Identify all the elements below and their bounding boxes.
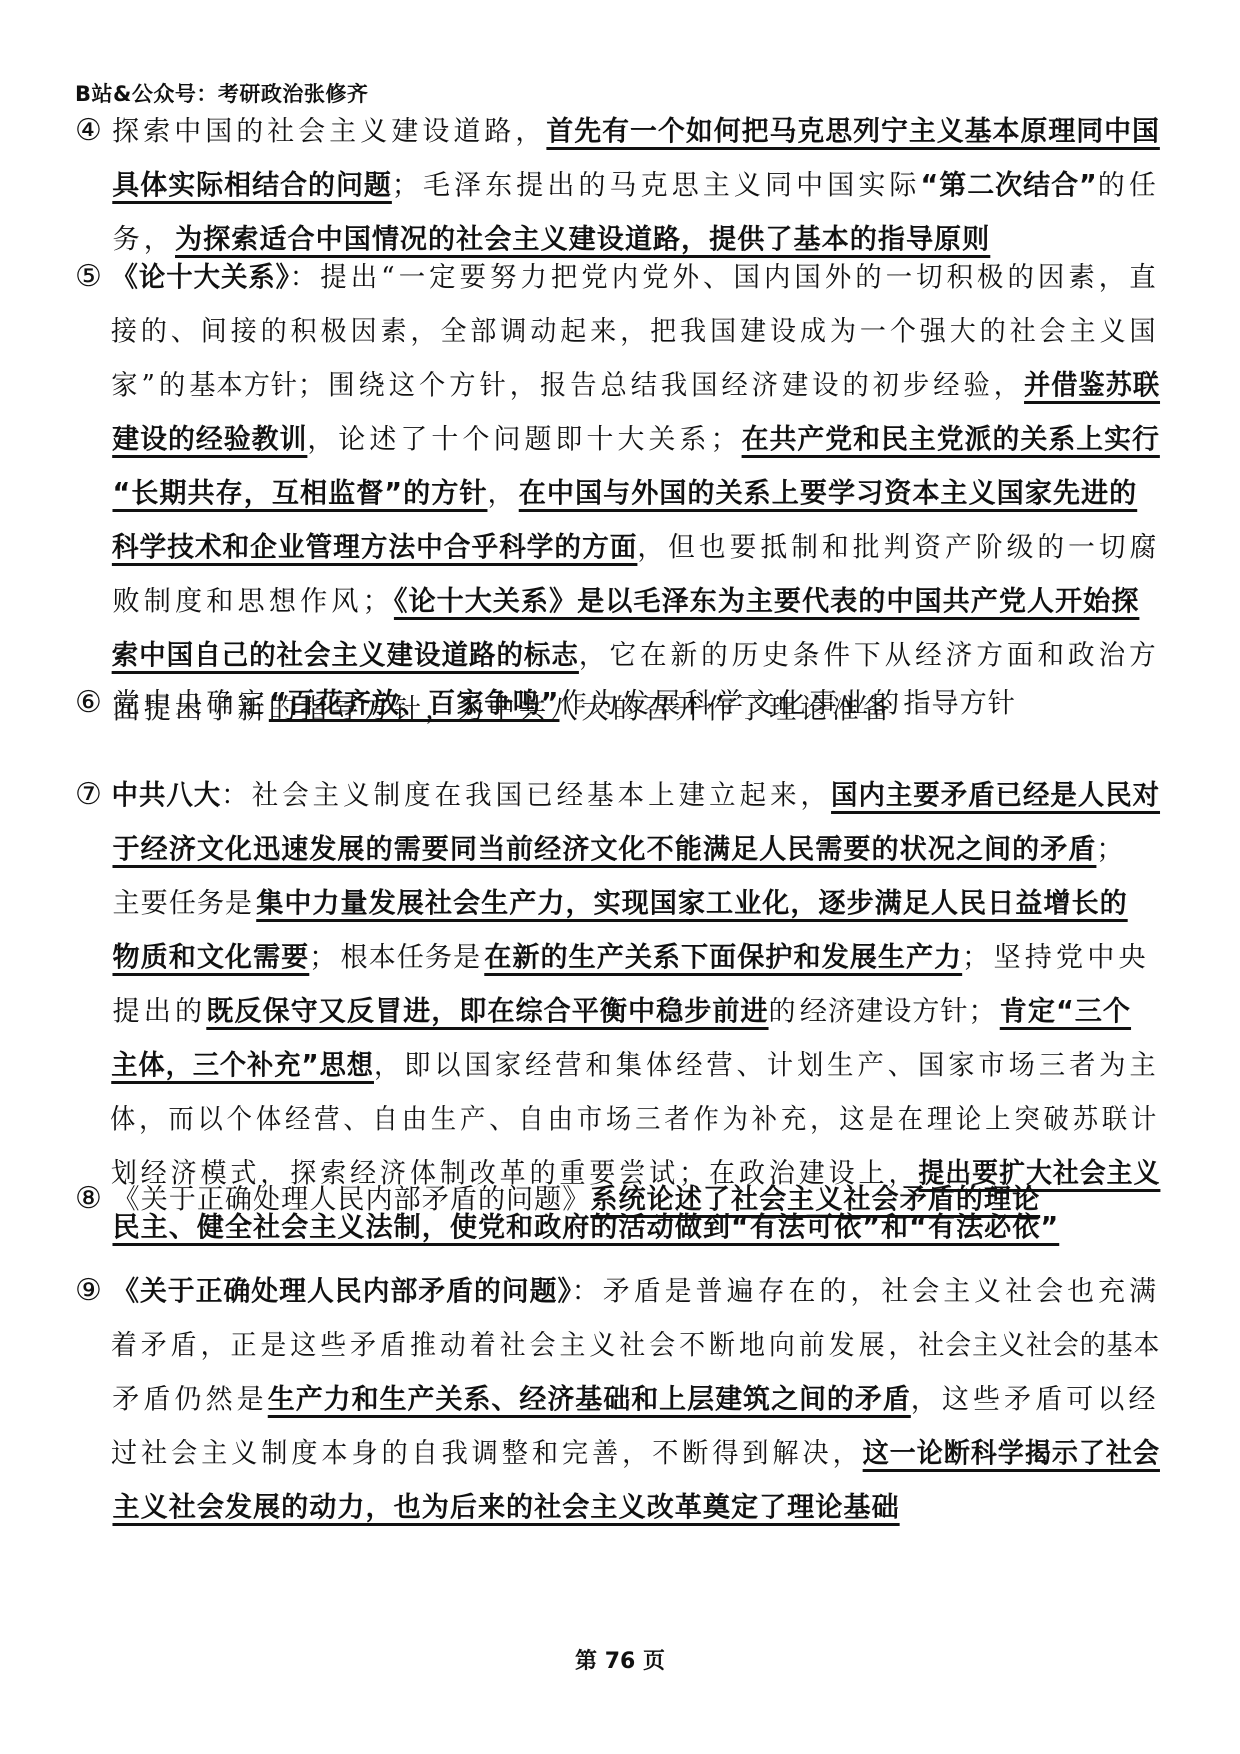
body-text: 指导方针: [903, 687, 1015, 719]
key-point-underlined: 建设的经验教训: [112, 423, 307, 455]
text-line: 具体实际相结合的问题；毛泽东提出的马克思主义同中国实际“第二次结合”的任: [75, 158, 1154, 212]
text-line: 矛盾仍然是生产力和生产关系、经济基础和上层建筑之间的矛盾，这些矛盾可以经: [75, 1372, 1154, 1426]
body-text: 体，而以个体经营、自由生产、自由市场三者作为补充，这是在理论上突破苏联计: [110, 1103, 1160, 1135]
body-text: 的任: [1098, 169, 1160, 201]
body-text: ，这些矛盾可以经: [911, 1383, 1160, 1415]
body-text: 过社会主义制度本身的自我调整和完善，不断得到解决，: [111, 1437, 863, 1469]
key-point-underlined: “百花齐放、百家争鸣”: [269, 687, 560, 719]
key-point-underlined: 并借鉴苏联: [1024, 369, 1160, 401]
list-item: ⑧《关于正确处理人民内部矛盾的问题》系统论述了社会主义社会矛盾的理论: [75, 1172, 1175, 1226]
text-line: 败制度和思想作风；《论十大关系》是以毛泽东为主要代表的中国共产党人开始探: [75, 574, 1160, 628]
body-text: ，论述了十个问题即十大关系；: [307, 423, 741, 455]
key-point-underlined: 首先有一个如何把马克思列宁主义基本原理同中国: [546, 115, 1159, 147]
body-text: 经济建设方针: [800, 995, 969, 1027]
body-text: ：社会主义制度在我国已经基本上建立起来，: [221, 779, 831, 811]
body-text: ，即以国家经营和集体经营、计划生产、国家市场三者为主: [374, 1049, 1160, 1081]
list-item: ⑥党中央确定“百花齐放、百家争鸣”作为发展科学文化事业的指导方针: [75, 676, 1175, 730]
text-line: 党中央确定“百花齐放、百家争鸣”作为发展科学文化事业的指导方针: [75, 676, 1160, 730]
text-line: 主要任务是集中力量发展社会生产力，实现国家工业化，逐步满足人民日益增长的: [75, 876, 1160, 930]
body-text: ，但也要抵制和批判资产阶级的一切腐: [637, 531, 1160, 563]
body-text: ；毛泽东提出的马克思主义同中国实际: [392, 169, 921, 201]
key-point-underlined: 索中国自己的社会主义建设道路的标志: [112, 639, 579, 671]
text-line: 接的、间接的积极因素，全部调动起来，把我国建设成为一个强大的社会主义国: [75, 304, 1115, 358]
text-line: 着矛盾，正是这些矛盾推动着社会主义社会不断地向前发展，社会主义社会的基本: [75, 1318, 1113, 1372]
key-point-underlined: 集中力量发展社会生产力，实现国家工业化，逐步满足人民日益增长的: [256, 887, 1127, 919]
page-number: 第 76 页: [0, 1644, 1240, 1675]
list-item: ⑤《论十大关系》：提出“一定要努力把党内党外、国内国外的一切积极的因素，直接的、…: [75, 250, 1175, 736]
body-text: 着矛盾，正是这些矛盾推动着社会主义社会不断地向前发展，: [111, 1329, 919, 1361]
text-line: 《论十大关系》：提出“一定要努力把党内党外、国内国外的一切积极的因素，直: [75, 250, 1131, 304]
body-text: 是: [225, 887, 256, 919]
key-point-underlined: 在共产党和民主党派的关系上实行: [742, 423, 1160, 455]
body-text: ；: [968, 995, 999, 1027]
text-line: 体，而以个体经营、自由生产、自由市场三者作为补充，这是在理论上突破苏联计: [75, 1092, 1087, 1146]
text-line: 科学技术和企业管理方法中合乎科学的方面，但也要抵制和批判资产阶级的一切腐: [75, 520, 1143, 574]
key-point-underlined: 主体，三个补充”思想: [111, 1049, 374, 1081]
text-line: 提出的既反保守又反冒进，即在综合平衡中稳步前进的经济建设方针；肯定“三个: [75, 984, 1160, 1038]
key-point-underlined: 生产力和生产关系、经济基础和上层建筑之间的矛盾: [268, 1383, 911, 1415]
body-text: ：提出“一定要努力把党内党外、国内国外的一切积极的因素，直: [290, 261, 1160, 293]
body-text: ：矛盾是普遍存在的，社会主义社会也充满: [572, 1275, 1160, 1307]
text-line: 主义社会发展的动力，也为后来的社会主义改革奠定了理论基础: [75, 1480, 1160, 1534]
key-point-underlined: 于经济文化迅速发展的需要同当前经济文化不能满足人民需要的状况之间的矛盾: [112, 833, 1096, 865]
bold-text: 《关于正确处理人民内部矛盾的问题》: [112, 1275, 572, 1307]
body-text: 败制度和思想作风；: [112, 585, 393, 617]
body-text: ；: [1096, 833, 1127, 865]
body-text: ，: [487, 477, 518, 509]
text-line: 建设的经验教训，论述了十个问题即十大关系；在共产党和民主党派的关系上实行: [75, 412, 1151, 466]
body-text: 是: [453, 941, 484, 973]
text-line: 中共八大：社会主义制度在我国已经基本上建立起来，国内主要矛盾已经是人民对: [75, 768, 1133, 822]
text-line: 探索中国的社会主义建设道路，首先有一个如何把马克思列宁主义基本原理同中国: [75, 104, 1151, 158]
text-line: 家”的基本方针；围绕这个方针，报告总结我国经济建设的初步经验，并借鉴苏联: [75, 358, 1125, 412]
body-text: 社会主义社会的基本: [918, 1329, 1160, 1361]
text-line: 于经济文化迅速发展的需要同当前经济文化不能满足人民需要的状况之间的矛盾；: [75, 822, 1160, 876]
body-text: ；围绕这个方针，报告总结我国经济建设的初步经验，: [298, 369, 1024, 401]
key-point-underlined: 系统论述了社会主义社会矛盾的理论: [590, 1183, 1040, 1215]
text-line: “长期共存，互相监督”的方针，在中国与外国的关系上要学习资本主义国家先进的: [75, 466, 1160, 520]
body-text: 基本方针: [189, 369, 298, 401]
key-point-underlined: 肯定“三个: [1000, 995, 1131, 1027]
bold-text: 《论十大关系》: [111, 261, 289, 293]
key-point-underlined: “长期共存，互相监督”的方针: [112, 477, 487, 509]
body-text: ，它在新的历史条件下从经济方面和政治方: [579, 639, 1160, 671]
body-text: 家”的: [111, 369, 189, 401]
text-line: 物质和文化需要；根本任务是在新的生产关系下面保护和发展生产力；坚持党中央: [75, 930, 1160, 984]
key-point-underlined: 物质和文化需要: [112, 941, 309, 973]
body-text: ；: [309, 941, 340, 973]
text-line: 主体，三个补充”思想，即以国家经营和集体经营、计划生产、国家市场三者为主: [75, 1038, 1124, 1092]
body-text: 探索中国的社会主义建设道路，: [112, 115, 546, 147]
list-item: ④探索中国的社会主义建设道路，首先有一个如何把马克思列宁主义基本原理同中国具体实…: [75, 104, 1175, 266]
text-line: 索中国自己的社会主义建设道路的标志，它在新的历史条件下从经济方面和政治方: [75, 628, 1136, 682]
body-text: 矛盾仍然是: [112, 1383, 267, 1415]
body-text: 的: [769, 995, 800, 1027]
key-point-underlined: 这一论断科学揭示了社会: [863, 1437, 1160, 1469]
key-point-underlined: 在新的生产关系下面保护和发展生产力: [484, 941, 962, 973]
body-text: 党中央确定: [112, 687, 268, 719]
key-point-underlined: 在中国与外国的关系上要学习资本主义国家先进的: [519, 477, 1137, 509]
key-point-underlined: 《论十大关系》是以毛泽东为主要代表的中国共产党人开始探: [394, 585, 1139, 617]
list-item: ⑨《关于正确处理人民内部矛盾的问题》：矛盾是普遍存在的，社会主义社会也充满着矛盾…: [75, 1264, 1175, 1534]
key-point-underlined: 具体实际相结合的问题: [112, 169, 392, 201]
key-point-underlined: 既反保守又反冒进，即在综合平衡中稳步前进: [206, 995, 768, 1027]
key-point-underlined: 主义社会发展的动力，也为后来的社会主义改革奠定了理论基础: [112, 1491, 899, 1523]
key-point-underlined: 国内主要矛盾已经是人民对: [831, 779, 1160, 811]
body-text: 作为发展科学文化事业的: [559, 687, 903, 719]
body-text: 《关于正确处理人民内部矛盾的问题》: [112, 1183, 590, 1215]
text-line: 过社会主义制度本身的自我调整和完善，不断得到解决，这一论断科学揭示了社会: [75, 1426, 1118, 1480]
text-line: 《关于正确处理人民内部矛盾的问题》：矛盾是普遍存在的，社会主义社会也充满: [75, 1264, 1149, 1318]
body-text: ；坚持党中央: [962, 941, 1150, 973]
body-text: 根本任务: [341, 941, 453, 973]
body-text: 提出的: [112, 995, 206, 1027]
text-line: 《关于正确处理人民内部矛盾的问题》系统论述了社会主义社会矛盾的理论: [75, 1172, 1160, 1226]
key-point-underlined: 科学技术和企业管理方法中合乎科学的方面: [112, 531, 638, 563]
body-text: 接的、间接的积极因素，全部调动起来，把我国建设成为一个强大的社会主义国: [111, 315, 1160, 347]
bold-text: 中共八大: [112, 779, 222, 811]
body-text: 主要任务: [112, 887, 224, 919]
bold-text: “第二次结合”: [921, 169, 1098, 201]
